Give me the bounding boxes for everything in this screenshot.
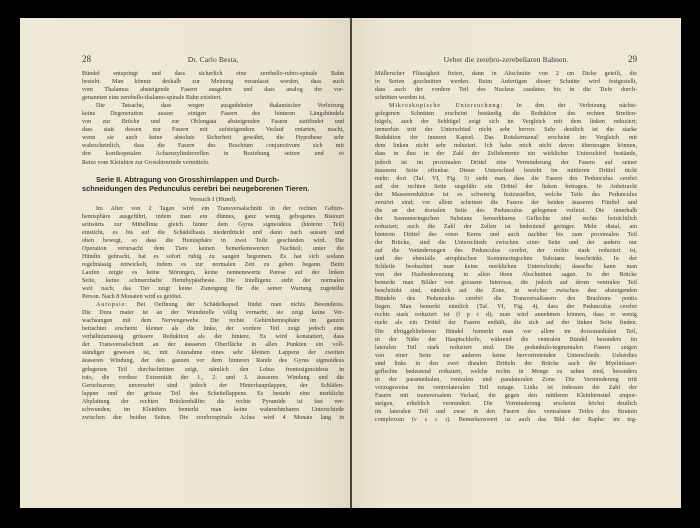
text-line: einsticht, es bis auf die Schädelbasis n… bbox=[82, 229, 344, 237]
section-title-line: Serie II. Abtragung von Grosshirnlappen … bbox=[82, 175, 344, 185]
text-line: lateralen Teil stark reduziert sind. Die… bbox=[375, 344, 637, 352]
text-line: die an der dorsalen Seite des Pedunculus… bbox=[375, 207, 637, 215]
text-line: regelmässig entwickelt, indem es zur nor… bbox=[82, 261, 344, 269]
section-title-line: schneidungen des Pedunculus cerebri bei … bbox=[82, 184, 344, 194]
text-line: toto, die vordere Extremität der 1., 2. … bbox=[82, 374, 344, 382]
text-line: Schleife beobachtet man keine merklichen… bbox=[375, 263, 637, 271]
text-line: genannten eine zerebello-thalamo-spinale… bbox=[82, 94, 344, 102]
text-line: in Serien geschnitten werden. Beim Anfer… bbox=[375, 78, 637, 86]
text-line: Im Alter von 2 Tagen wird ein Transversa… bbox=[82, 205, 344, 213]
text-line: im lateralen Teil und zwar in den Fasern… bbox=[375, 408, 637, 416]
text-line: verhältnismässig grössere Reduktion als … bbox=[82, 333, 344, 341]
text-line: auf die Veränderungen des Pedunculus cer… bbox=[375, 247, 637, 255]
text-line: steigen, erheblich vermindert. Die Vermi… bbox=[375, 400, 637, 408]
text-line: hinteren Drittel des roten Kerns und auc… bbox=[375, 231, 637, 239]
text-line: den kortikopetalen Achsenzylinderzellen … bbox=[82, 150, 344, 158]
text-line: dass in ihm in der Zahl der Zellelemente… bbox=[375, 150, 637, 158]
text-line: Die Tatsache, dass wegen ausgedehnter th… bbox=[82, 102, 344, 110]
text-line: äusseren Windung, der den ganzen vor dem… bbox=[82, 357, 344, 365]
paragraph-2: Mikroskopische Untersuchung: In den der … bbox=[375, 102, 637, 424]
section-title: Serie II. Abtragung von Grosshirnlappen … bbox=[82, 175, 344, 194]
text-line: Mikroskopische Untersuchung: In den der … bbox=[375, 102, 637, 110]
experiment-heading: Versuch I (Hund). bbox=[82, 195, 344, 204]
text-line: complexum (v s c r). Bemerkenswert ist a… bbox=[375, 416, 637, 424]
text-line: weit nach; das Tier zeigt keine Zuneigun… bbox=[82, 285, 344, 293]
text-line: beschränkt sind, nämlich auf die Zone, i… bbox=[375, 287, 637, 295]
paragraph-1: Bündel entspringt und dass sicherlich ei… bbox=[82, 70, 344, 102]
autopsie-label: Autopsie: bbox=[96, 302, 128, 308]
text-line: von der Haubenkreuzung in allen ihren Ab… bbox=[375, 271, 637, 279]
text-line: Bündel entspringt und dass sicherlich ei… bbox=[82, 70, 344, 78]
text-line: der Soemmeringschen Substanz bemerkbaren… bbox=[375, 215, 637, 223]
text-line: Fasern mit transversalem Verlauf, die ge… bbox=[375, 392, 637, 400]
left-page: 28 Dr. Carlo Besta, 00 Bündel entspringt… bbox=[20, 18, 351, 508]
running-head: Dr. Carlo Besta, bbox=[91, 55, 335, 64]
text-line: gelegenen Schnitten erscheint beständig … bbox=[375, 110, 637, 118]
text-line: der Massenreduktion ist es schwierig fes… bbox=[375, 191, 637, 199]
text-line: vom Thalamus absteigende Fasern ausgehen… bbox=[82, 86, 344, 94]
paragraph-4: Autopsie: Bei Oeffnung der Schädelkapsel… bbox=[82, 301, 344, 422]
text-line: jedoch ist im proximalen Drittel eine Ve… bbox=[375, 159, 637, 167]
text-line: rechts stark reduziert ist (l p c d); ma… bbox=[375, 311, 637, 319]
text-line: auf der rechten Seite ungefähr ein Dritt… bbox=[375, 183, 637, 191]
right-page: 00 Ueber die zerebro-zerebellaren Bahnen… bbox=[352, 18, 681, 508]
text-line: geflechte bedeutend reduziert, welche re… bbox=[375, 368, 637, 376]
text-line: wenn sie auch keine absolute Sicherheit … bbox=[82, 134, 344, 142]
text-line: Person. Nach 8 Monaten wird es getötet. bbox=[82, 293, 344, 301]
text-line: Bündeln des Pedunculus cerebri die Trans… bbox=[375, 295, 637, 303]
text-fragment: Bei Oeffnung der Schädelkapsel findet ma… bbox=[128, 302, 344, 308]
text-line: dass statt dessen nur Fasern mit aufstei… bbox=[82, 126, 344, 134]
text-line: von zur Brücke und zur Oblongata absteig… bbox=[82, 118, 344, 126]
right-page-header: 00 Ueber die zerebro-zerebellaren Bahnen… bbox=[375, 54, 637, 64]
text-line: äusseren Seite offenbar. Dieser Untersch… bbox=[375, 167, 637, 175]
text-line: wahrscheinlich, dass die Fasern des Brac… bbox=[82, 142, 344, 150]
text-line: schwunden; im Kleinhirn bemerkt man kein… bbox=[82, 406, 344, 414]
paragraph-1: Müllerscher Flüssigkeit fixiert, dann in… bbox=[375, 70, 637, 102]
text-line: zwischen den beiden Seiten. Die zerebros… bbox=[82, 414, 344, 422]
text-line: besteht. Man könnte deshalb zur Meinung … bbox=[82, 78, 344, 86]
text-line: dass auch der vordere Teil des Nucleus c… bbox=[375, 86, 637, 94]
text-line: Autopsie: Bei Oeffnung der Schädelkapsel… bbox=[82, 301, 344, 309]
text-line: hemisphäre ausgeführt, indem man ein dün… bbox=[82, 213, 344, 221]
text-line: Seite, keine schmerzhafte Hemihypästhesi… bbox=[82, 277, 344, 285]
page-number: 28 bbox=[82, 54, 91, 64]
text-line: immerhin tritt der Unterschied nicht seh… bbox=[375, 126, 637, 134]
text-line: und der ebenfalls atrophischen Soemmerin… bbox=[375, 255, 637, 263]
text-line: gelegenen Teil durchschnitten zeigt, näm… bbox=[82, 366, 344, 374]
text-line: bemerkt man Bilder von grossem Interesse… bbox=[375, 279, 637, 287]
text-line: wachsungen mit dem Nervengewebe. Die rec… bbox=[82, 317, 344, 325]
page-number: 29 bbox=[628, 54, 637, 64]
mikroskopische-label: Mikroskopische Untersuchung: bbox=[389, 103, 503, 109]
running-head: Ueber die zerebro-zerebellaren Bahnen. bbox=[384, 55, 628, 64]
text-line: zerstört sind; vor allem scheinen die Fa… bbox=[375, 199, 637, 207]
text-line: schnitten worden ist. bbox=[375, 94, 637, 102]
paragraph-2: Die Tatsache, dass wegen ausgedehnter th… bbox=[82, 102, 344, 166]
paragraph-3: Im Alter von 2 Tagen wird ein Transversa… bbox=[82, 205, 344, 302]
text-line: liegen. Man bemerkt nämlich (Taf. VI, Fi… bbox=[375, 303, 637, 311]
text-line: keine Degeneration ausser einigen Fasern… bbox=[82, 110, 344, 118]
text-line: oben bewegt, so dass die Hemisphäre in z… bbox=[82, 237, 344, 245]
text-line: mehr; dort (Taf. VI, Fig. 3) sieht man, … bbox=[375, 175, 637, 183]
text-line: Die Dura mater ist an der Wundstelle völ… bbox=[82, 309, 344, 317]
text-line: Geruchszone; unversehrt sind jedoch der … bbox=[82, 382, 344, 390]
left-page-content: 28 Dr. Carlo Besta, 00 Bündel entspringt… bbox=[82, 54, 344, 422]
text-line: der Brücke, sind die Unterschiede zwisch… bbox=[375, 239, 637, 247]
text-line: vorzugsweise im ventrolateralen Teil zut… bbox=[375, 384, 637, 392]
text-line: Abplattung der rechten Brückenhälfte; di… bbox=[82, 398, 344, 406]
text-line: Müllerscher Flüssigkeit fixiert, dann in… bbox=[375, 70, 637, 78]
text-line: reduziert; auch die Zahl der Zellen ist … bbox=[375, 223, 637, 231]
text-line: mehr als ein Drittel der Fasern enthält,… bbox=[375, 319, 637, 327]
text-line: Die übriggebliebenen Bündel bemerkt man … bbox=[375, 328, 637, 336]
text-line: Operation verursacht dem Tiere keinen be… bbox=[82, 245, 344, 253]
text-line: betrachtet erscheint kleiner als die lin… bbox=[82, 325, 344, 333]
right-page-content: 00 Ueber die zerebro-zerebellaren Bahnen… bbox=[375, 54, 637, 424]
text-line: Hündin gebracht, hat es sofort ruhig zu … bbox=[82, 253, 344, 261]
text-line: Reduktion der inneren Kapsel. Das Roteke… bbox=[375, 134, 637, 142]
text-line: ständiger gewesen ist, mit Ausnahme eine… bbox=[82, 349, 344, 357]
text-line: Laufen zeigte es keine Störungen, keine … bbox=[82, 269, 344, 277]
text-line: lappen und der grösste Teil des Scheitel… bbox=[82, 390, 344, 398]
text-line: von einer Seite zur anderen keine hervor… bbox=[375, 352, 637, 360]
text-line: dem linken nicht sehr reduziert. Ich hab… bbox=[375, 142, 637, 150]
text-line: in der paramedialen, ventralen und paral… bbox=[375, 376, 637, 384]
left-page-header: 28 Dr. Carlo Besta, 00 bbox=[82, 54, 344, 64]
text-line: Reize vom Kleinhirn zur Grosshirnrinde v… bbox=[82, 159, 344, 167]
text-line: in der Nähe der Hauptschleife, während d… bbox=[375, 336, 637, 344]
text-line: sind links in den zwei distalen Dritteln… bbox=[375, 360, 637, 368]
text-line: hügels, auch der Sehhügel zeigt sich im … bbox=[375, 118, 637, 126]
text-line: seitwärts zur Mittellinie gleich hinter … bbox=[82, 221, 344, 229]
text-fragment: In den der Verletzung nächst- bbox=[503, 103, 637, 109]
text-line: der Transversalschnitt an der äusseren O… bbox=[82, 341, 344, 349]
